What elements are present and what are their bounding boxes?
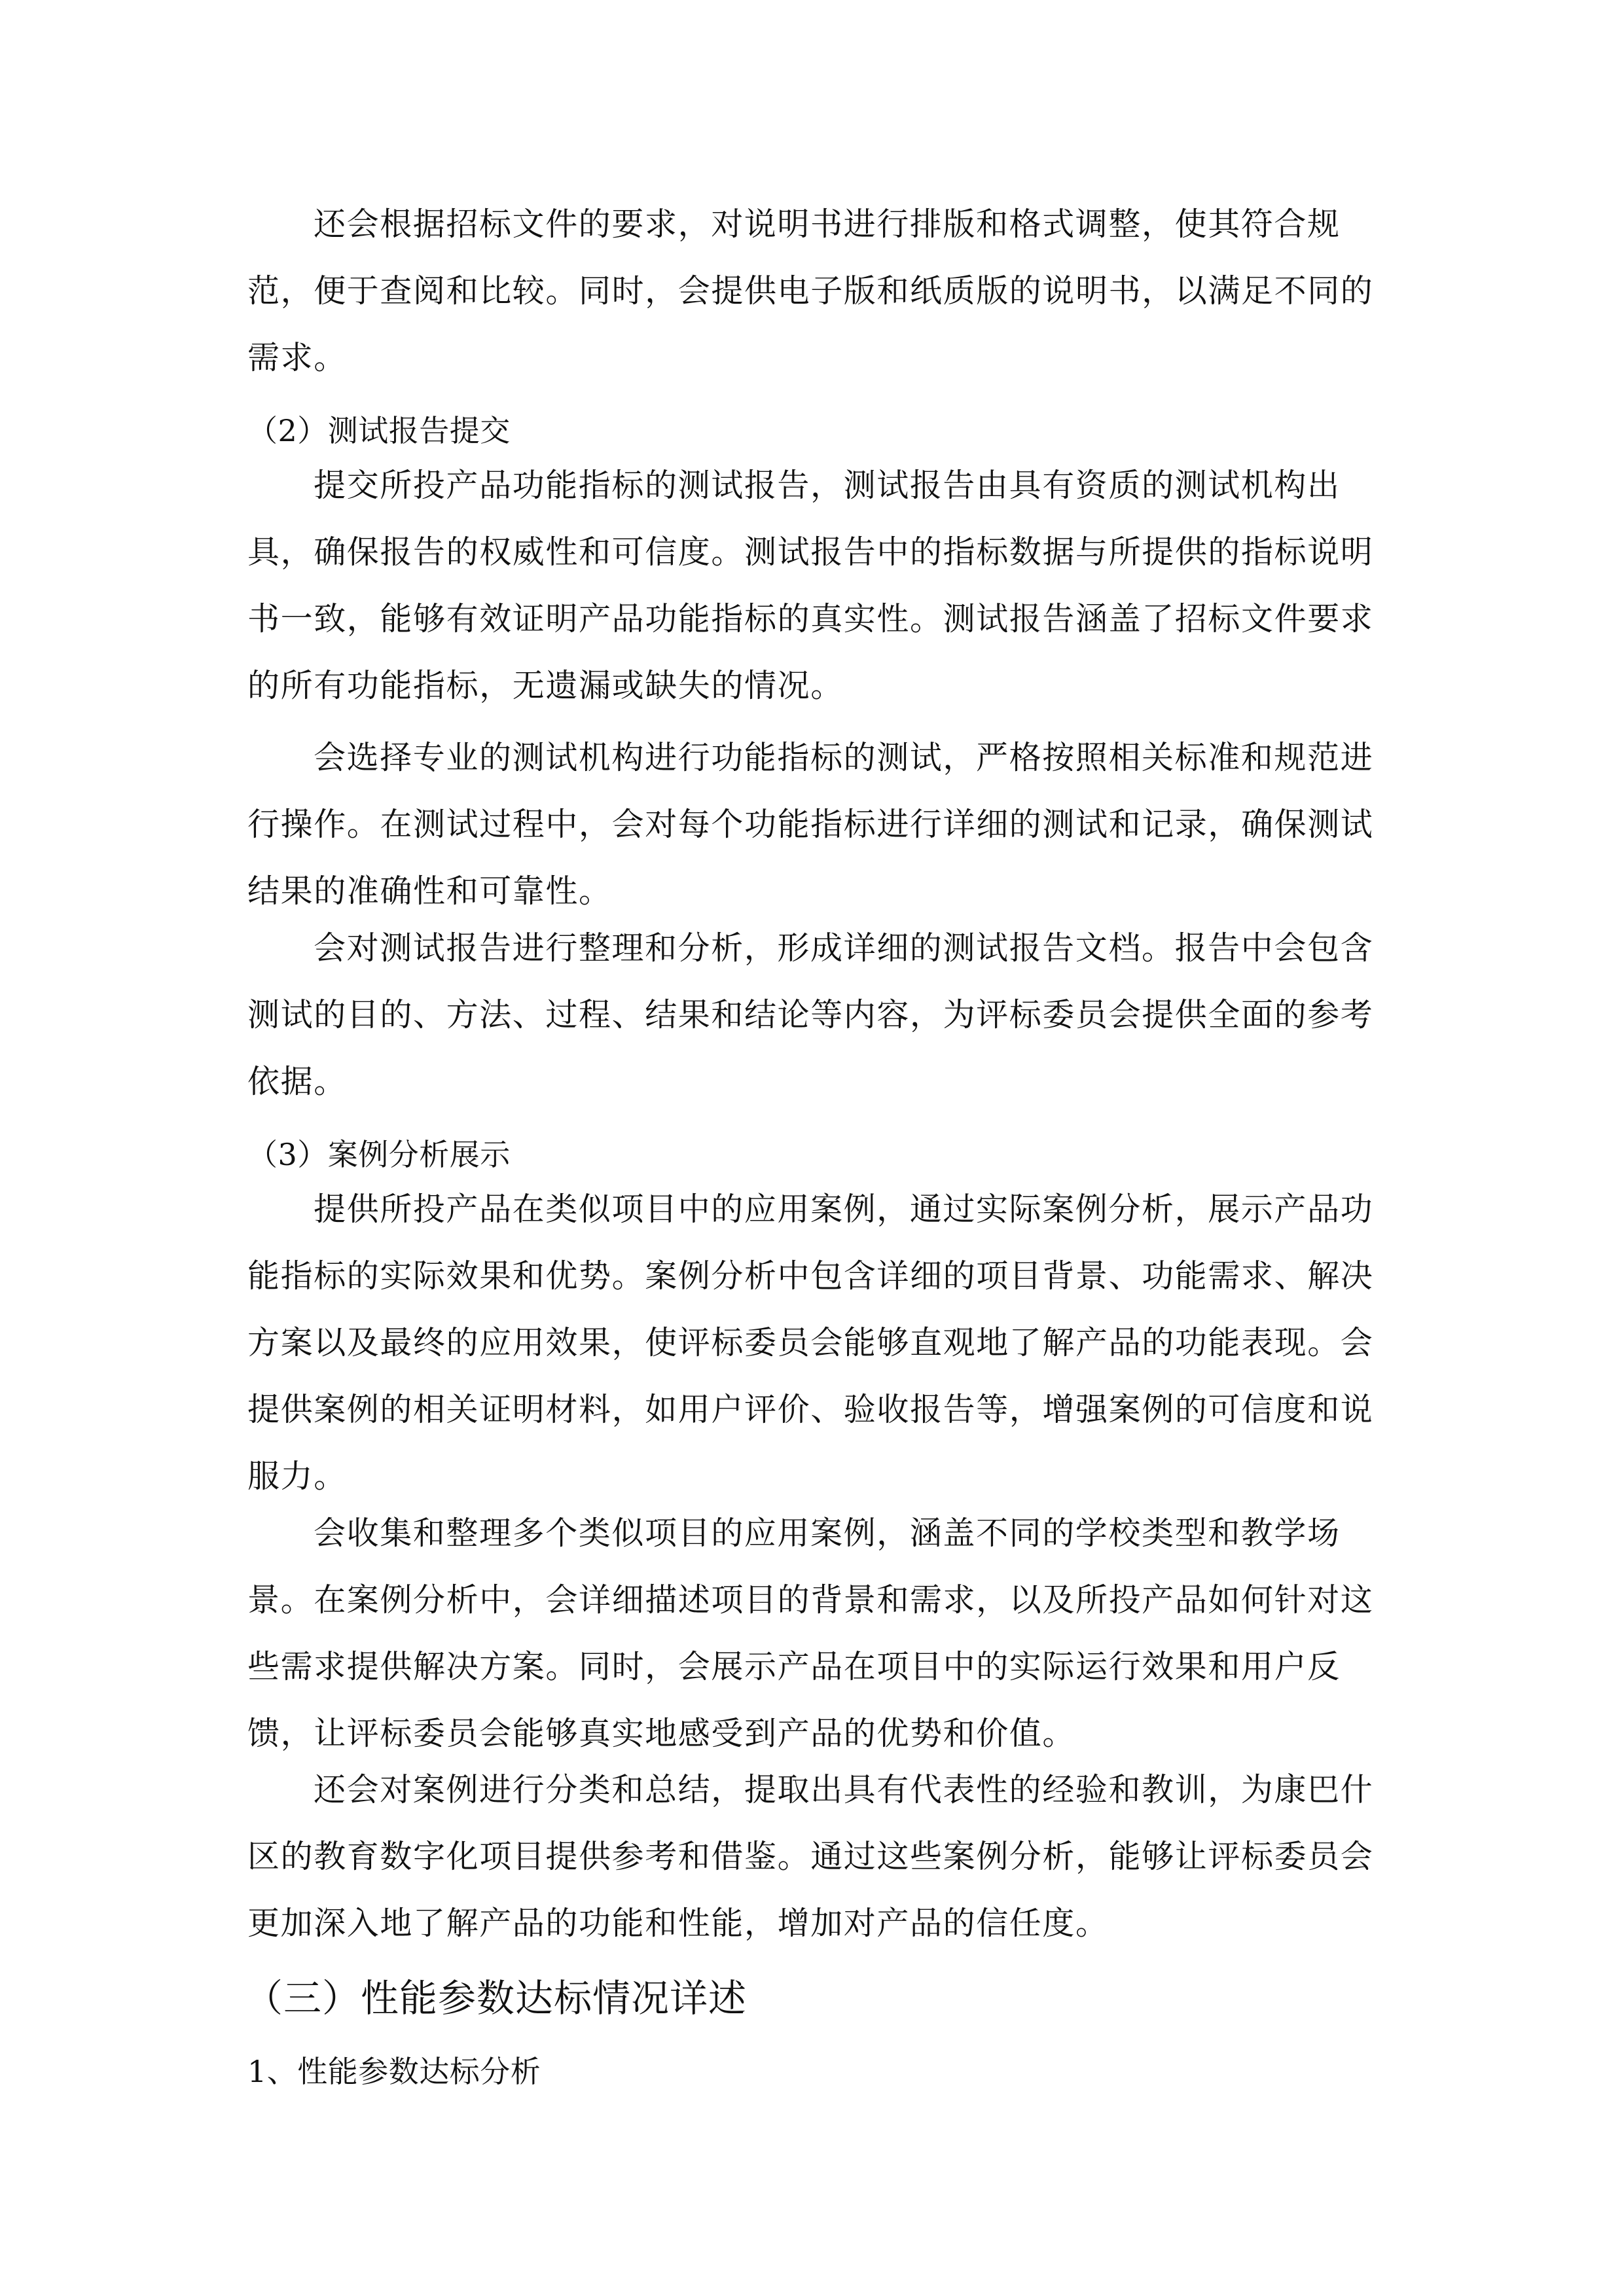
section-heading-performance: （三）性能参数达标情况详述	[245, 1975, 747, 2021]
paragraph-line: 更加深入地了解产品的功能和性能，增加对产品的信任度。	[247, 1904, 1109, 1943]
paragraph-line: 范，便于查阅和比较。同时，会提供电子版和纸质版的说明书，以满足不同的	[247, 272, 1373, 311]
paragraph-line: 依据。	[247, 1062, 347, 1102]
section-heading-case-analysis: （3）案例分析展示	[247, 1135, 511, 1174]
paragraph-line: 测试的目的、方法、过程、结果和结论等内容，为评标委员会提供全面的参考	[247, 996, 1373, 1035]
paragraph-line: 些需求提供解决方案。同时，会展示产品在项目中的实际运行效果和用户反	[247, 1647, 1341, 1687]
section-heading-test-report: （2）测试报告提交	[247, 411, 511, 450]
paragraph-line: 方案以及最终的应用效果，使评标委员会能够直观地了解产品的功能表现。会	[247, 1323, 1373, 1363]
paragraph-line: 提交所投产品功能指标的测试报告，测试报告由具有资质的测试机构出	[314, 466, 1341, 505]
paragraph-line: 还会根据招标文件的要求，对说明书进行排版和格式调整，使其符合规	[314, 205, 1341, 244]
paragraph-line: 的所有功能指标，无遗漏或缺失的情况。	[247, 666, 844, 706]
paragraph-line: 会收集和整理多个类似项目的应用案例，涵盖不同的学校类型和教学场	[314, 1514, 1341, 1553]
paragraph-line: 能指标的实际效果和优势。案例分析中包含详细的项目背景、功能需求、解决	[247, 1257, 1373, 1296]
paragraph-line: 景。在案例分析中，会详细描述项目的背景和需求，以及所投产品如何针对这	[247, 1581, 1373, 1620]
paragraph-line: 需求。	[247, 338, 347, 378]
paragraph-line: 提供案例的相关证明材料，如用户评价、验收报告等，增强案例的可信度和说	[247, 1390, 1373, 1429]
paragraph-line: 馈，让评标委员会能够真实地感受到产品的优势和价值。	[247, 1714, 1075, 1753]
paragraph-line: 行操作。在测试过程中，会对每个功能指标进行详细的测试和记录，确保测试	[247, 805, 1373, 844]
paragraph-line: 区的教育数字化项目提供参考和借鉴。通过这些案例分析，能够让评标委员会	[247, 1837, 1373, 1876]
paragraph-line: 还会对案例进行分类和总结，提取出具有代表性的经验和教训，为康巴什	[314, 1770, 1373, 1810]
paragraph-line: 提供所投产品在类似项目中的应用案例，通过实际案例分析，展示产品功	[314, 1190, 1373, 1229]
paragraph-line: 具，确保报告的权威性和可信度。测试报告中的指标数据与所提供的指标说明	[247, 533, 1373, 572]
paragraph-line: 会对测试报告进行整理和分析，形成详细的测试报告文档。报告中会包含	[314, 929, 1373, 968]
paragraph-line: 结果的准确性和可靠性。	[247, 872, 612, 911]
paragraph-line: 书一致，能够有效证明产品功能指标的真实性。测试报告涵盖了招标文件要求	[247, 600, 1373, 639]
paragraph-line: 会选择专业的测试机构进行功能指标的测试，严格按照相关标准和规范进	[314, 738, 1373, 778]
paragraph-line: 服力。	[247, 1457, 347, 1496]
subsection-heading-performance-analysis: 1、性能参数达标分析	[247, 2052, 541, 2091]
